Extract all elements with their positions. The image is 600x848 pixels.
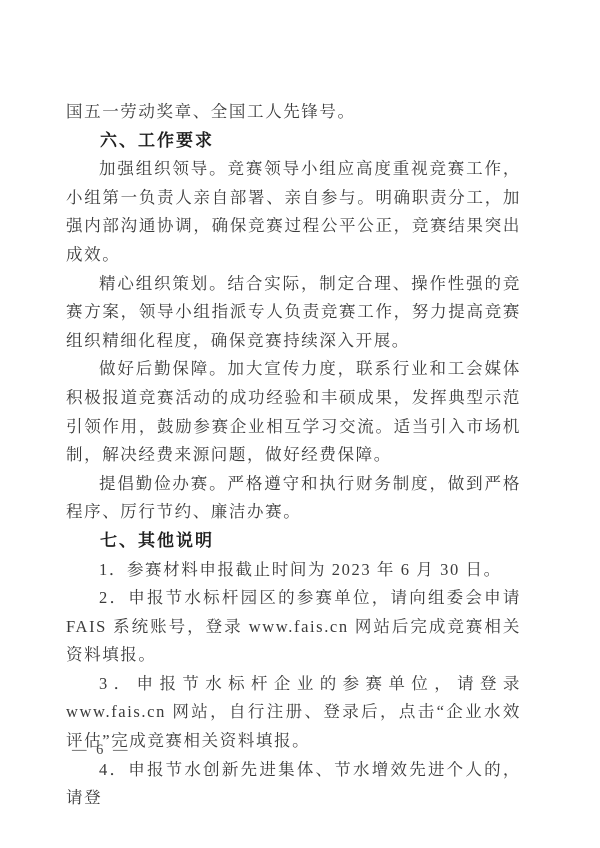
note-item-individual-application: 4．申报节水创新先进集体、节水增效先进个人的，请登 [66,756,521,813]
page-number: — 6 — [72,742,131,759]
paragraph-careful-planning: 精心组织策划。结合实际，制定合理、操作性强的竞赛方案，领导小组指派专人负责竞赛工… [66,270,521,356]
section-heading-work-requirements: 六、工作要求 [66,127,521,156]
paragraph-thrifty-competition: 提倡勤俭办赛。严格遵守和执行财务制度，做到严格程序、厉行节约、廉洁办赛。 [66,470,521,527]
document-body: 国五一劳动奖章、全国工人先锋号。 六、工作要求 加强组织领导。竞赛领导小组应高度… [66,98,521,813]
paragraph-logistics-support: 做好后勤保障。加大宣传力度，联系行业和工会媒体积极报道竞赛活动的成功经验和丰硕成… [66,355,521,469]
paragraph-strengthen-leadership: 加强组织领导。竞赛领导小组应高度重视竞赛工作，小组第一负责人亲自部署、亲自参与。… [66,155,521,269]
section-heading-other-notes: 七、其他说明 [66,527,521,556]
note-item-deadline: 1．参赛材料申报截止时间为 2023 年 6 月 30 日。 [66,556,521,585]
note-item-park-application: 2．申报节水标杆园区的参赛单位，请向组委会申请 FAIS 系统账号，登录 www… [66,584,521,670]
document-page: 国五一劳动奖章、全国工人先锋号。 六、工作要求 加强组织领导。竞赛领导小组应高度… [0,0,600,848]
carryover-paragraph-line: 国五一劳动奖章、全国工人先锋号。 [66,98,521,127]
note-item-enterprise-application: 3．申报节水标杆企业的参赛单位，请登录 www.fais.cn 网站，自行注册、… [66,670,521,756]
